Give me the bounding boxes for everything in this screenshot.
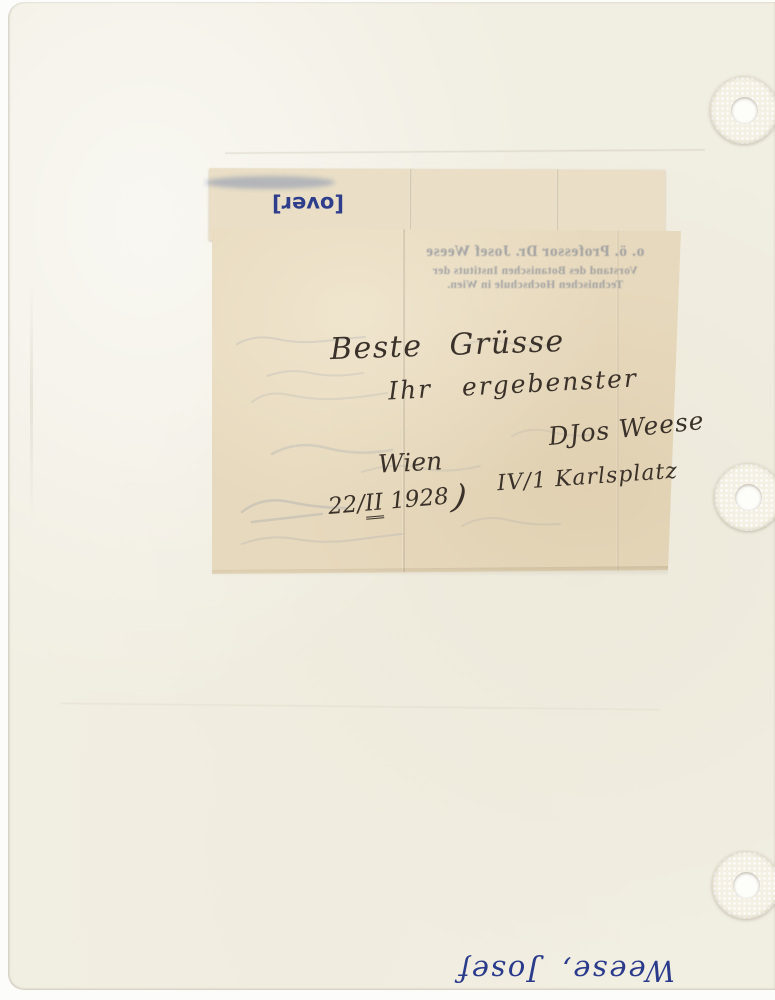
- place-text: Wien: [377, 446, 443, 478]
- letterhead-bleedthrough: o. ö. Professor Dr. Josef Weese Vorstand…: [390, 243, 680, 292]
- date-month: II: [364, 489, 385, 519]
- date-day: 22/: [327, 491, 366, 520]
- punch-hole: [735, 484, 762, 511]
- scanned-document: o. ö. Professor Dr. Josef Weese Vorstand…: [0, 0, 775, 1000]
- letterhead-line: Vorstand des Botanischen Instituts der: [390, 264, 680, 278]
- letterhead-line: Technischen Hochschule in Wien.: [390, 278, 680, 292]
- catalog-name-annotation: Weese, Josef: [438, 938, 694, 988]
- over-annotation: [over]: [258, 170, 358, 216]
- letterhead-line: o. ö. Professor Dr. Josef Weese: [390, 243, 680, 261]
- date-year: 1928: [389, 484, 450, 515]
- punch-hole: [733, 872, 760, 899]
- punch-hole: [731, 97, 758, 124]
- page-crease: [30, 280, 33, 520]
- hole-reinforcement: [710, 76, 775, 144]
- hole-reinforcement: [714, 463, 775, 531]
- hole-reinforcement: [712, 851, 775, 919]
